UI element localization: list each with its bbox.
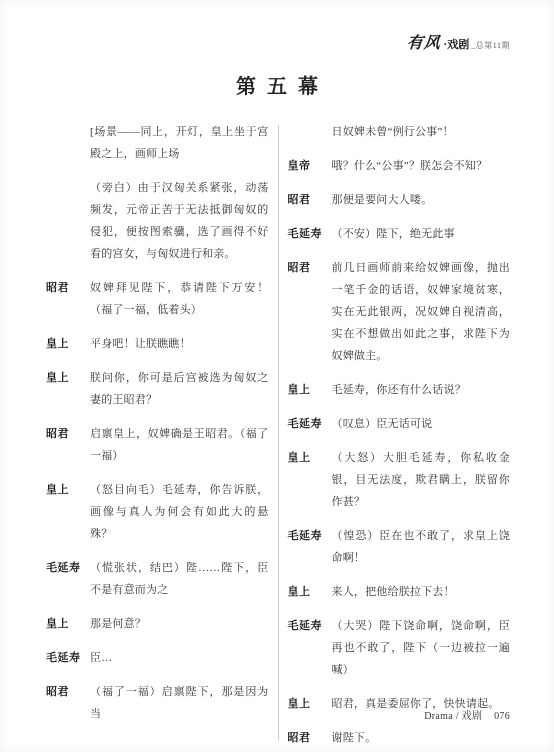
speaker-name: 皇上 <box>288 379 332 401</box>
speaker-name: 毛延寿 <box>288 615 332 681</box>
dialogue-entry: 皇上（大怒）大胆毛延寿，你私收金银，目无法度，欺君瞒上，朕留你作甚？ <box>288 447 511 513</box>
speaker-name: 毛延寿 <box>46 647 90 669</box>
dialogue-text: （福了一福）启禀陛下，那是因为当 <box>90 681 269 725</box>
dialogue-entry: 昭君那便是要问大人喽。 <box>288 189 511 211</box>
right-column: 日奴婢未曾“例行公事”！皇帝哦？什么“公事”？朕怎会不知？昭君那便是要问大人喽。… <box>288 121 511 749</box>
speaker-name: 昭君 <box>46 681 90 725</box>
dialogue-entry: 皇帝哦？什么“公事”？朕怎会不知？ <box>288 155 511 177</box>
speaker-name: 皇上 <box>288 447 332 513</box>
dialogue-entry: 昭君启禀皇上，奴婢确是王昭君。（福了一福） <box>46 423 269 467</box>
speaker-name: 毛延寿 <box>288 525 332 569</box>
magazine-page: 有风 ·戏剧 _总第11期 第五幕 [场景——同上，开灯，皇上坐于宫殿之上，画师… <box>0 0 554 752</box>
column-divider <box>278 125 279 741</box>
dialogue-entry: 皇上（怒目向毛）毛延寿，你告诉朕，画像与真人为何会有如此大的悬殊？ <box>46 479 269 545</box>
masthead-section-label: ·戏剧 <box>444 36 470 52</box>
dialogue-text: 那便是要问大人喽。 <box>332 189 511 211</box>
act-title: 第五幕 <box>0 70 554 99</box>
dialogue-entry: 皇上毛延寿，你还有什么话说？ <box>288 379 511 401</box>
dialogue-text: （旁白）由于汉匈关系紧张，动荡频发，元帝正苦于无法抵御匈奴的侵犯，便按图索骥，选… <box>90 177 269 265</box>
dialogue-entry: 昭君谢陛下。 <box>288 727 511 749</box>
speaker-name <box>46 177 90 265</box>
dialogue-entry: 毛延寿（惶恐）臣在也不敢了，求皇上饶命啊！ <box>288 525 511 569</box>
speaker-name <box>288 121 332 143</box>
dialogue-text: 前几日画师前来给奴婢画像，抛出一笔千金的话语，奴婢家境贫寒，实在无此银两，况奴婢… <box>332 257 511 367</box>
speaker-name <box>46 121 90 165</box>
dialogue-text: 谢陛下。 <box>332 727 511 749</box>
dialogue-text: 臣… <box>90 647 269 669</box>
speaker-name: 皇上 <box>288 693 332 715</box>
magazine-logo: 有风 <box>406 30 442 53</box>
speaker-name: 皇上 <box>288 581 332 603</box>
dialogue-entry: 毛延寿（不安）陛下，绝无此事 <box>288 223 511 245</box>
speaker-name: 毛延寿 <box>288 413 332 435</box>
dialogue-entry: 昭君前几日画师前来给奴婢画像，抛出一笔千金的话语，奴婢家境贫寒，实在无此银两，况… <box>288 257 511 367</box>
masthead-issue-number: _总第11期 <box>471 40 510 51</box>
footer-section-label: Drama / 戏剧 <box>424 711 482 722</box>
dialogue-text: （不安）陛下，绝无此事 <box>332 223 511 245</box>
dialogue-text: （慌张状，结巴）陛……陛下，臣不是有意而为之 <box>90 557 269 601</box>
dialogue-text: [场景——同上，开灯，皇上坐于宫殿之上，画师上场 <box>90 121 269 165</box>
dialogue-text: 毛延寿，你还有什么话说？ <box>332 379 511 401</box>
dialogue-text: 启禀皇上，奴婢确是王昭君。（福了一福） <box>90 423 269 467</box>
dialogue-entry: 皇上那是何意？ <box>46 613 269 635</box>
dialogue-text: （怒目向毛）毛延寿，你告诉朕，画像与真人为何会有如此大的悬殊？ <box>90 479 269 545</box>
speaker-name: 皇上 <box>46 613 90 635</box>
script-columns: [场景——同上，开灯，皇上坐于宫殿之上，画师上场（旁白）由于汉匈关系紧张，动荡频… <box>46 121 510 749</box>
dialogue-text: （惶恐）臣在也不敢了，求皇上饶命啊！ <box>332 525 511 569</box>
masthead: 有风 ·戏剧 _总第11期 <box>407 30 510 53</box>
speaker-name: 皇上 <box>46 479 90 545</box>
dialogue-entry: 皇上来人，把他给朕拉下去！ <box>288 581 511 603</box>
dialogue-entry: 毛延寿（叹息）臣无话可说 <box>288 413 511 435</box>
dialogue-text: （大怒）大胆毛延寿，你私收金银，目无法度，欺君瞒上，朕留你作甚？ <box>332 447 511 513</box>
dialogue-text: 那是何意？ <box>90 613 269 635</box>
speaker-name: 昭君 <box>288 257 332 367</box>
narration: （旁白）由于汉匈关系紧张，动荡频发，元帝正苦于无法抵御匈奴的侵犯，便按图索骥，选… <box>46 177 269 265</box>
dialogue-text: 平身吧！让朕瞧瞧！ <box>90 333 269 355</box>
page-footer: Drama / 戏剧 076 <box>424 707 510 722</box>
speaker-name: 毛延寿 <box>46 557 90 601</box>
dialogue-text: 哦？什么“公事”？朕怎会不知？ <box>332 155 511 177</box>
dialogue-entry: 毛延寿（大哭）陛下饶命啊，饶命啊，臣再也不敢了，陛下（一边被拉一遍喊） <box>288 615 511 681</box>
continuation: 日奴婢未曾“例行公事”！ <box>288 121 511 143</box>
dialogue-text: （叹息）臣无话可说 <box>332 413 511 435</box>
speaker-name: 昭君 <box>46 423 90 467</box>
dialogue-entry: 昭君（福了一福）启禀陛下，那是因为当 <box>46 681 269 725</box>
page-number: 076 <box>494 711 510 722</box>
speaker-name: 皇上 <box>46 333 90 355</box>
dialogue-text: 奴婢拜见陛下，恭请陛下万安！（福了一福，低着头） <box>90 277 269 321</box>
dialogue-entry: 毛延寿臣… <box>46 647 269 669</box>
dialogue-entry: 皇上朕问你，你可是后宫被选为匈奴之妻的王昭君？ <box>46 367 269 411</box>
dialogue-text: （大哭）陛下饶命啊，饶命啊，臣再也不敢了，陛下（一边被拉一遍喊） <box>332 615 511 681</box>
speaker-name: 昭君 <box>288 189 332 211</box>
speaker-name: 昭君 <box>46 277 90 321</box>
left-column: [场景——同上，开灯，皇上坐于宫殿之上，画师上场（旁白）由于汉匈关系紧张，动荡频… <box>46 121 269 749</box>
dialogue-entry: 皇上平身吧！让朕瞧瞧！ <box>46 333 269 355</box>
dialogue-entry: 毛延寿（慌张状，结巴）陛……陛下，臣不是有意而为之 <box>46 557 269 601</box>
stage-direction: [场景——同上，开灯，皇上坐于宫殿之上，画师上场 <box>46 121 269 165</box>
speaker-name: 昭君 <box>288 727 332 749</box>
dialogue-text: 日奴婢未曾“例行公事”！ <box>332 121 511 143</box>
dialogue-entry: 昭君奴婢拜见陛下，恭请陛下万安！（福了一福，低着头） <box>46 277 269 321</box>
speaker-name: 毛延寿 <box>288 223 332 245</box>
speaker-name: 皇帝 <box>288 155 332 177</box>
dialogue-text: 来人，把他给朕拉下去！ <box>332 581 511 603</box>
dialogue-text: 朕问你，你可是后宫被选为匈奴之妻的王昭君？ <box>90 367 269 411</box>
speaker-name: 皇上 <box>46 367 90 411</box>
